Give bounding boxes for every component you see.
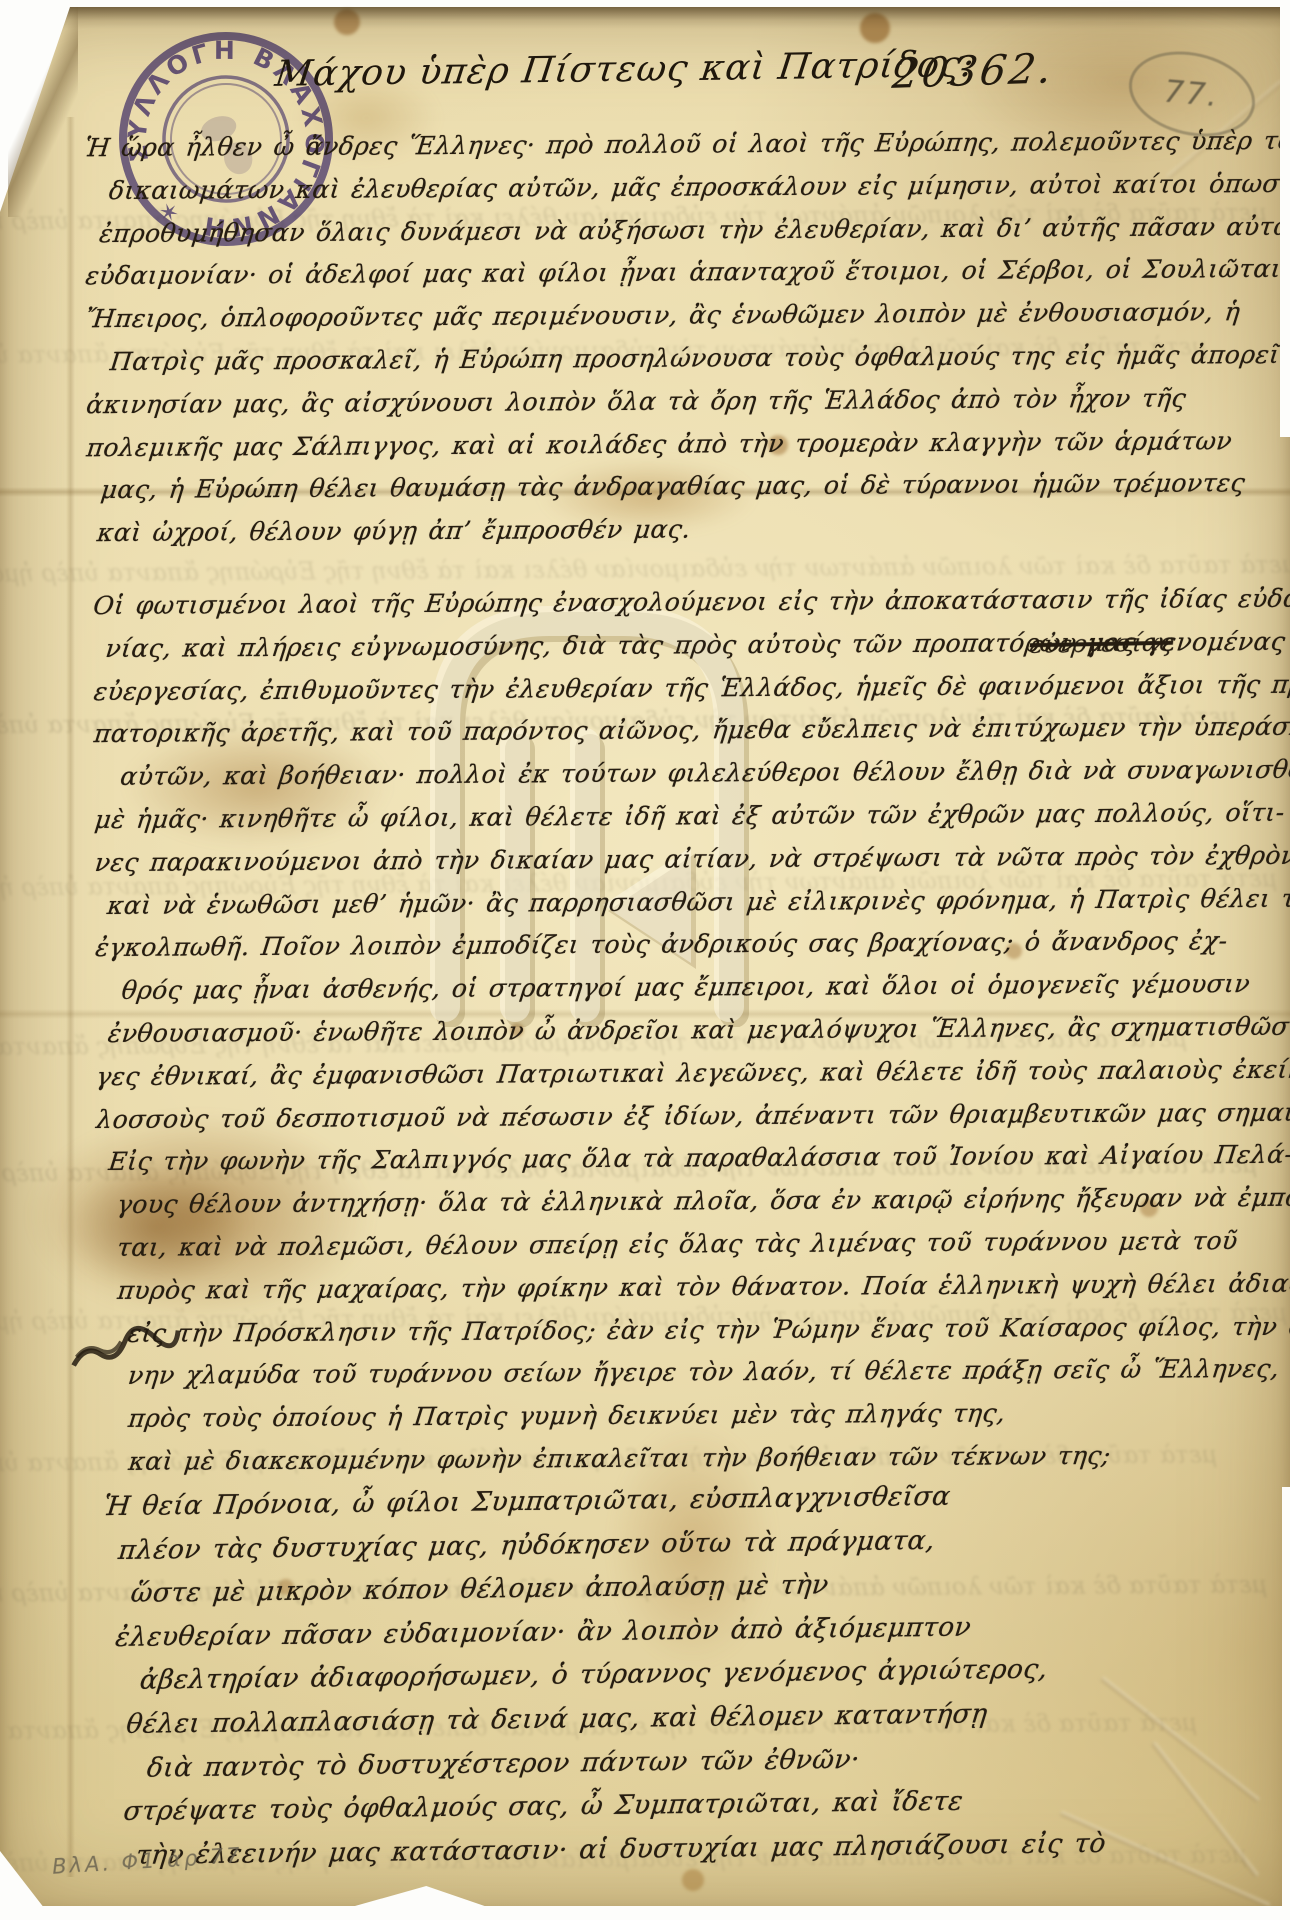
manuscript-line: πατορικῆς ἀρετῆς, καὶ τοῦ παρόντος αἰῶνο… xyxy=(92,705,1290,756)
manuscript-line: Εἰς τὴν φωνὴν τῆς Σαλπιγγός μας ὅλα τὰ π… xyxy=(94,1133,1290,1184)
document-title: Μάχου ὑπὲρ Πίστεως καὶ Πατρίδος: xyxy=(273,44,977,95)
manuscript-line: καὶ μὲ διακεκομμένην φωνὴν ἐπικαλεῖται τ… xyxy=(96,1433,1290,1484)
struck-word: εὐεργεσίας xyxy=(1027,622,1175,667)
manuscript-line: γους θέλουν ἀντηχήσῃ· ὅλα τὰ ἑλληνικὰ πλ… xyxy=(95,1176,1290,1227)
manuscript-line: αὐτῶν, καὶ βοήθειαν· πολλοὶ ἐκ τούτων φι… xyxy=(92,748,1290,799)
manuscript-line: καὶ ὠχροί, θέλουν φύγῃ ἀπ’ ἔμπροσθέν μας… xyxy=(85,504,1290,555)
manuscript-paper: μετὰ ταῦτα δὲ καὶ τῶν λοιπῶν ἁπάντων τὴν… xyxy=(0,7,1290,1913)
manuscript-line: μας, ἡ Εὐρώπη θέλει θαυμάσῃ τὰς ἀνδραγαθ… xyxy=(84,461,1290,512)
manuscript-line: ἀκινησίαν μας, ἂς αἰσχύνουσι λοιπὸν ὅλα … xyxy=(84,376,1290,427)
torn-edge xyxy=(330,1886,505,1913)
manuscript-line: ται, καὶ νὰ πολεμῶσι, θέλουν σπείρῃ εἰς … xyxy=(95,1219,1290,1270)
manuscript-line: νες παρακινούμενοι ἀπὸ τὴν δικαίαν μας α… xyxy=(92,834,1290,885)
manuscript-line: εἰς τὴν Πρόσκλησιν τῆς Πατρίδος; ἐὰν εἰς… xyxy=(95,1304,1290,1355)
torn-edge xyxy=(0,1906,1290,1913)
registry-number: 20362. xyxy=(890,44,1058,98)
torn-edge xyxy=(1280,7,1290,437)
torn-edge-shadow xyxy=(0,7,1290,29)
manuscript-line: ἐνθουσιασμοῦ· ἑνωθῆτε λοιπὸν ὦ ἀνδρεῖοι … xyxy=(94,1005,1290,1056)
manuscript-line: πολεμικῆς μας Σάλπιγγος, καὶ αἱ κοιλάδες… xyxy=(84,418,1290,469)
stain xyxy=(682,1869,704,1891)
manuscript-line: ἐγκολπωθῆ. Ποῖον λοιπὸν ἐμποδίζει τοὺς ἀ… xyxy=(93,919,1290,970)
manuscript-line: πυρὸς καὶ τῆς μαχαίρας, τὴν φρίκην καὶ τ… xyxy=(95,1262,1290,1313)
torn-edge xyxy=(1282,1487,1290,1920)
manuscript-line: γες ἐθνικαί, ἂς ἐμφανισθῶσι Πατριωτικαὶ … xyxy=(94,1048,1290,1099)
manuscript-line: Ἡ ὥρα ἦλθεν ὦ ἄνδρες Ἕλληνες· πρὸ πολλοῦ… xyxy=(82,119,1290,170)
page-number: 77. xyxy=(1163,74,1221,115)
torn-corner-shadow xyxy=(8,7,78,217)
paragraph-1: Ἡ ὥρα ἦλθεν ὦ ἄνδρες Ἕλληνες· πρὸ πολλοῦ… xyxy=(85,119,1290,555)
paragraph-3: Ἡ θεία Πρόνοια, ὦ φίλοι Συμπατριῶται, εὐ… xyxy=(104,1473,1107,1878)
paper-wrinkle xyxy=(1100,1676,1261,1803)
manuscript-line: θρός μας ᾖναι ἀσθενής, οἱ στρατηγοί μας … xyxy=(93,962,1290,1013)
manuscript-line: εὐδαιμονίαν· οἱ ἀδελφοί μας καὶ φίλοι ᾖν… xyxy=(83,247,1290,298)
manuscript-line: Οἱ φωτισμένοι λαοὶ τῆς Εὐρώπης ἐνασχολού… xyxy=(91,577,1290,628)
manuscript-line: μὲ ἡμᾶς· κινηθῆτε ὦ φίλοι, καὶ θέλετε ἰδ… xyxy=(92,791,1290,842)
manuscript-line: Ἤπειρος, ὁπλοφοροῦντες μᾶς περιμένουσιν,… xyxy=(83,290,1290,341)
paper-crease xyxy=(66,117,75,1877)
manuscript-line: εὐεργεσίας, ἐπιθυμοῦντες τὴν ἐλευθερίαν … xyxy=(91,663,1290,714)
manuscript-line: καὶ νὰ ἑνωθῶσι μεθ’ ἡμῶν· ἂς παρρησιασθῶ… xyxy=(93,877,1290,928)
scanned-manuscript-page: μετὰ ταῦτα δὲ καὶ τῶν λοιπῶν ἁπάντων τὴν… xyxy=(0,0,1290,1920)
manuscript-line: ἐπροθυμήθησαν ὅλαις δυνάμεσι νὰ αὐξήσωσι… xyxy=(83,204,1290,255)
manuscript-line: νην χλαμύδα τοῦ τυράννου σείων ἤγειρε τὸ… xyxy=(96,1347,1290,1398)
manuscript-line: πρὸς τοὺς ὁποίους ἡ Πατρὶς γυμνὴ δεικνύε… xyxy=(96,1390,1290,1441)
paragraph-2: Οἱ φωτισμένοι λαοὶ τῆς Εὐρώπης ἐνασχολού… xyxy=(93,577,1290,1484)
manuscript-line: δικαιωμάτων καὶ ἐλευθερίας αὐτῶν, μᾶς ἐπ… xyxy=(83,162,1290,213)
manuscript-line: Πατρὶς μᾶς προσκαλεῖ, ἡ Εὐρώπη προσηλώνο… xyxy=(84,333,1290,384)
manuscript-line: λοσσοὺς τοῦ δεσποτισμοῦ νὰ πέσωσιν ἐξ ἰδ… xyxy=(94,1090,1290,1141)
